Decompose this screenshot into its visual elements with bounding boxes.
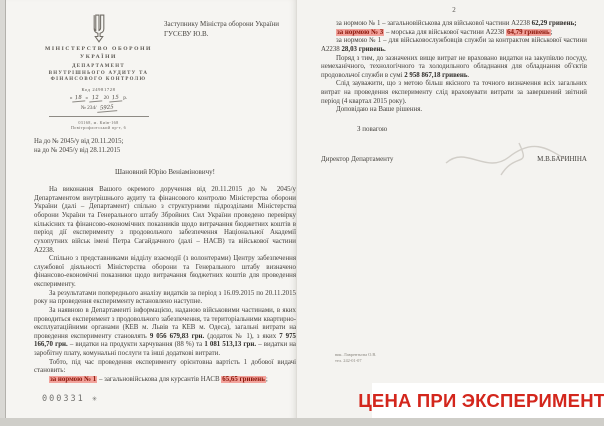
norm-3-highlight: за нормою № 3 <box>336 29 384 36</box>
body-paragraph: На виконання Вашого окремого доручення в… <box>34 186 296 255</box>
department-name-line-1: ДЕПАРТАМЕНТ <box>36 64 161 71</box>
doc-number-printed: № 234/ <box>81 105 97 111</box>
reference-numbers: На до № 2045/у від 20.11.2015; на до № 2… <box>34 138 296 155</box>
letterhead-divider <box>49 116 149 117</box>
doc-number-handwritten: 5925 <box>96 104 116 113</box>
paragraph-text: . <box>467 72 469 79</box>
letter-body-page2: за нормою № 1 – загальновійськова для ві… <box>321 20 587 115</box>
paragraph-text: за нормою № 1 – загальновійськова для ві… <box>336 20 532 27</box>
addressee-line-1: Заступнику Міністра оборони України <box>164 20 314 30</box>
norm-line: за нормою № 1 – загальновійськова для ві… <box>321 20 587 29</box>
body-paragraph: Спільно з представниками відділу взаємод… <box>34 255 296 290</box>
paragraph-text: ; <box>266 376 268 383</box>
date-suffix: р. <box>123 95 127 101</box>
norm-3-price-highlight: 64,79 гривень <box>506 29 551 36</box>
signature-title: Директор Департаменту <box>321 155 393 163</box>
org-code: Код 24981728 <box>36 87 161 92</box>
date-day-handwritten: 18 <box>72 94 85 102</box>
scan-bottom-edge <box>0 418 604 426</box>
executor-phone: тел. 242-01-07 <box>335 358 376 364</box>
addressee-block: Заступнику Міністра оборони України ГУСЄ… <box>164 20 314 39</box>
letter-page-1: Заступнику Міністра оборони України ГУСЄ… <box>5 0 297 420</box>
closing-phrase: З повагою <box>321 125 587 133</box>
body-paragraph: Тобто, під час проведення експерименту о… <box>34 359 296 376</box>
norm-line: за нормою № 1 – для військовослужбовців … <box>321 37 587 54</box>
norm-3-line: за нормою № 3 – морська для військової ч… <box>321 29 587 38</box>
letterhead: МІНІСТЕРСТВО ОБОРОНИ УКРАЇНИ ДЕПАРТАМЕНТ… <box>36 14 161 131</box>
executor-note: вик. Лаврентьєва О.В. тел. 242-01-07 <box>335 352 376 364</box>
paragraph-text: ; <box>551 29 553 36</box>
letterhead-address-line-2: Повітрофлотський пр-т, 6 <box>36 125 161 131</box>
norm-1-a2238-price: 62,29 гривень; <box>532 20 577 27</box>
body-paragraph: Доповідаю на Ваше рішення. <box>321 106 587 115</box>
page2-content: 2 за нормою № 1 – загальновійськова для … <box>321 6 587 163</box>
signature-row: Директор Департаменту М.В.БАРИНІНА <box>321 155 587 163</box>
addressee-line-2: ГУСЄВУ Ю.В. <box>164 30 314 40</box>
scanned-letter: Заступнику Міністра оборони України ГУСЄ… <box>0 0 604 426</box>
page1-content: На до № 2045/у від 20.11.2015; на до № 2… <box>34 138 296 385</box>
date-month-handwritten: 12 <box>89 94 102 102</box>
date-year-handwritten: 15 <box>109 94 122 102</box>
paragraph-text: – загальновійськова для курсантів НАСВ <box>97 376 221 383</box>
reference-line-2: на до № 2045/у від 28.11.2015 <box>34 147 296 156</box>
paragraph-text: (додаток № 1), з яких <box>204 333 279 340</box>
letter-body-page1: На виконання Вашого окремого доручення в… <box>34 186 296 384</box>
body-paragraph: За наявною в Департаменті інформацією, н… <box>34 307 296 359</box>
equipment-amount: 2 958 867,18 гривень <box>404 72 467 79</box>
norm-1-highlight: за нормою № 1 <box>49 376 97 383</box>
total-expenses-amount: 9 056 679,83 грн. <box>150 333 204 340</box>
reference-line-1: На до № 2045/у від 20.11.2015; <box>34 138 296 147</box>
salutation: Шановний Юрію Веніаміновичу! <box>34 168 296 176</box>
ukraine-trident-emblem <box>88 14 110 44</box>
letter-date-line: «18» 12 2015 р. <box>36 95 161 102</box>
doc-number-line: № 234/5925 <box>36 105 161 112</box>
department-name-line-2: ВНУТРІШНЬОГО АУДИТУ ТА <box>36 71 161 78</box>
page-stamp-number: 000331 ✳ <box>42 394 99 404</box>
norm-1-line: за нормою № 1 – загальновійськова для ку… <box>34 376 296 385</box>
experiment-caption: ЦЕНА ПРИ ЭКСПЕРИМЕНТЕ <box>358 390 604 412</box>
letter-page-2: 2 за нормою № 1 – загальновійськова для … <box>296 0 604 420</box>
paragraph-text: – морська для військової частини А2238 <box>384 29 506 36</box>
paragraph-text: – видатки на продукти харчування (88 %) … <box>68 341 205 348</box>
contract-price: 28,03 гривень. <box>341 46 385 53</box>
ministry-name-line-2: УКРАЇНИ <box>36 54 161 62</box>
norm-1-price-highlight: 65,65 гривень <box>221 376 266 383</box>
body-paragraph: Слід зауважити, що з метою більш якісног… <box>321 80 587 106</box>
body-paragraph: Поряд з тим, до зазначених вище витрат н… <box>321 55 587 81</box>
salary-expenses-amount: 1 081 513,13 грн. <box>204 341 256 348</box>
ministry-name-line-1: МІНІСТЕРСТВО ОБОРОНИ <box>36 46 161 54</box>
body-paragraph: За результатами попереднього аналізу вид… <box>34 290 296 307</box>
page-number: 2 <box>321 6 587 14</box>
department-name-line-3: ФІНАНСОВОГО КОНТРОЛЮ <box>36 77 161 84</box>
experiment-caption-box: ЦЕНА ПРИ ЭКСПЕРИМЕНТЕ <box>372 383 604 418</box>
signature-scribble <box>441 141 571 181</box>
